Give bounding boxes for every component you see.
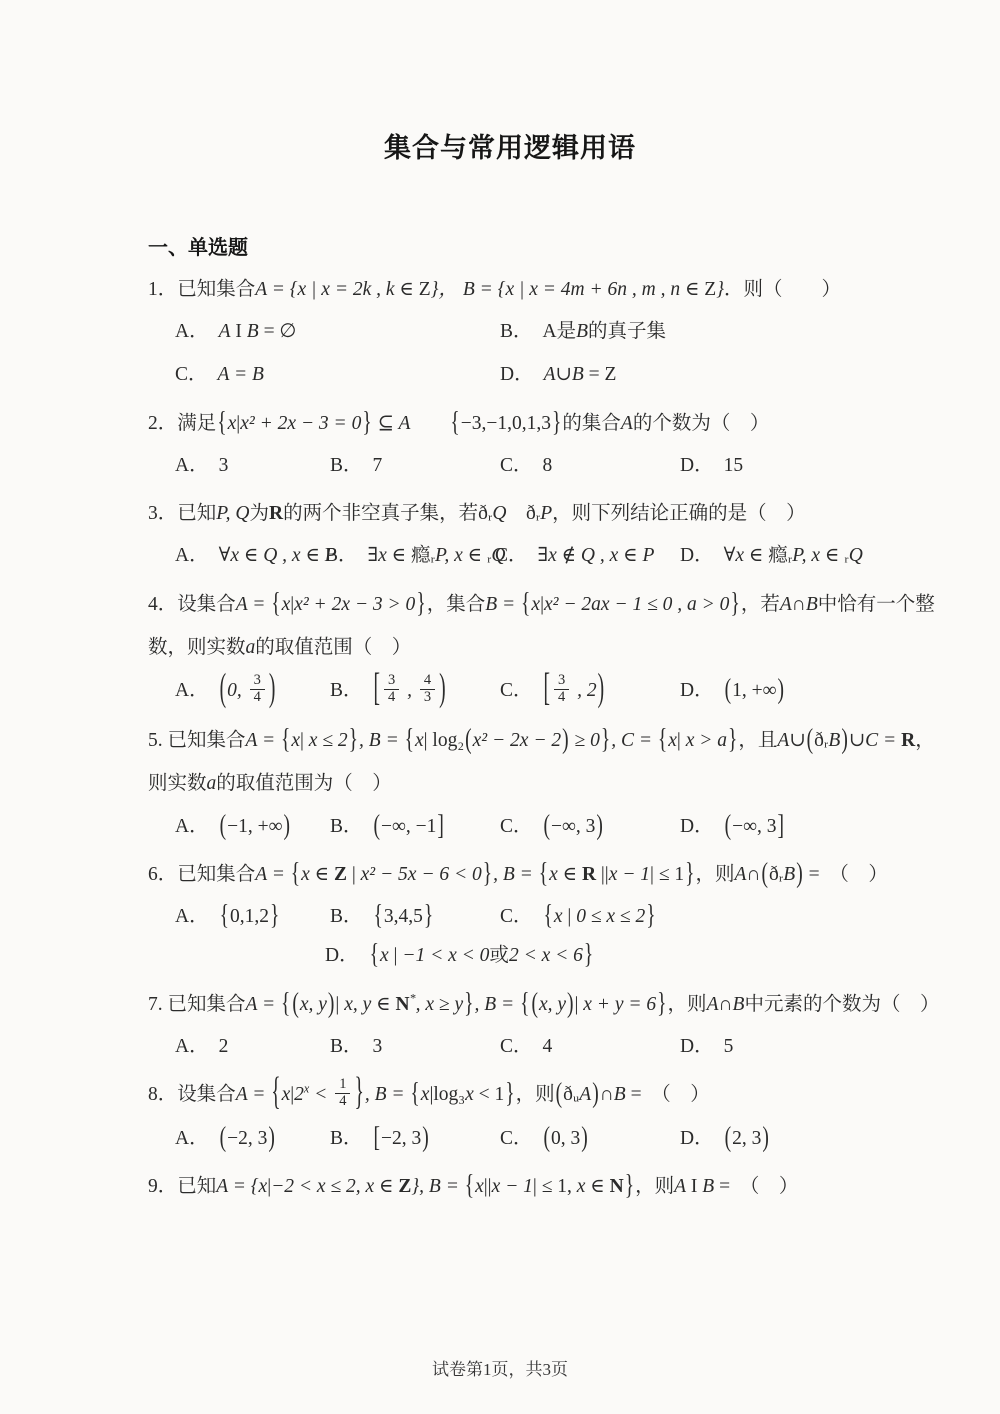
q2-option-b-label: B． — [330, 455, 363, 476]
q2-option-d-body: 15 — [724, 455, 744, 476]
q3-option-a-label: A． — [175, 545, 209, 566]
q2-stem: 2．满足{x|x² + 2x − 3 = 0} ⊆ A {−3,−1,0,1,3… — [148, 408, 872, 439]
q1-option-b-body: A是B的真子集 — [543, 321, 667, 342]
q4-option-b-body: [34 , 43) — [373, 680, 447, 701]
q7-option-a-label: A． — [175, 1036, 209, 1057]
q6-option-b-label: B． — [330, 906, 363, 927]
q5-option-c: C．(−∞, 3) — [500, 812, 680, 841]
q5-stem-line1: 5. 已知集合A = {x| x ≤ 2}, B = {x| log₂(x² −… — [148, 725, 872, 756]
q1-option-c: C．A = B — [175, 360, 500, 389]
question-2: 2．满足{x|x² + 2x − 3 = 0} ⊆ A {−3,−1,0,1,3… — [148, 408, 872, 480]
q5-option-a-body: (−1, +∞) — [219, 816, 291, 837]
q8-option-d-label: D． — [680, 1128, 714, 1149]
q3-option-d-label: D． — [680, 545, 714, 566]
q8-option-c-label: C． — [500, 1128, 533, 1149]
q1-option-b-label: B． — [500, 321, 533, 342]
q5-options: A．(−1, +∞) B．(−∞, −1] C．(−∞, 3) D．(−∞, 3… — [148, 812, 872, 841]
q8-option-c-body: (0, 3) — [543, 1128, 589, 1149]
question-1: 1．已知集合A = {x | x = 2k , k ∈ Z}， B = {x |… — [148, 274, 872, 390]
section-heading: 一、单选题 — [148, 231, 872, 260]
q1-option-d-label: D． — [500, 364, 534, 385]
q4-option-a-body: (0, 34) — [219, 680, 277, 701]
q7-stem: 7. 已知集合A = {(x, y)| x, y ∈ N*, x ≥ y}, B… — [148, 989, 872, 1020]
question-5: 5. 已知集合A = {x| x ≤ 2}, B = {x| log₂(x² −… — [148, 725, 872, 841]
q8-stem: 8．设集合A = {x|2x < 14}, B = {x|log₃x < 1}，… — [148, 1079, 872, 1112]
q4-option-c-body: [34 , 2) — [543, 680, 606, 701]
q6-option-a-body: {0,1,2} — [219, 906, 281, 927]
q1-stem: 1．已知集合A = {x | x = 2k , k ∈ Z}， B = {x |… — [148, 274, 872, 305]
q3-option-b: B．∃x ∈ 瘾ᵣP, x ∈ ᵣQ — [325, 541, 495, 570]
q6-stem: 6．已知集合A = {x ∈ Z | x² − 5x − 6 < 0}, B =… — [148, 859, 872, 890]
q3-option-c-body: ∃x ∉ Q , x ∈ P — [538, 545, 655, 566]
q5-option-d: D．(−∞, 3] — [680, 812, 872, 841]
q5-option-c-body: (−∞, 3) — [543, 816, 604, 837]
q4-stem-line1: 4．设集合A = {x|x² + 2x − 3 > 0}，集合B = {x|x²… — [148, 589, 872, 620]
q6-option-d-body: {x | −1 < x < 0或2 < x < 6} — [369, 945, 595, 966]
q4-option-d-body: (1, +∞) — [724, 680, 785, 701]
q5-stem-line2: 则实数a的取值范围为（ ） — [148, 768, 872, 799]
q4-stem-line2: 数，则实数a的取值范围（ ） — [148, 632, 872, 663]
q4-option-c-label: C． — [500, 680, 533, 701]
q5-option-b: B．(−∞, −1] — [330, 812, 500, 841]
q3-option-d: D．∀x ∈ 瘾ᵣP, x ∈ ᵣQ — [680, 541, 872, 570]
q3-stem: 3．已知P, Q为R的两个非空真子集，若ðᵣQ ðᵣP，则下列结论正确的是（ ） — [148, 498, 872, 529]
question-7: 7. 已知集合A = {(x, y)| x, y ∈ N*, x ≥ y}, B… — [148, 989, 872, 1061]
q7-options: A．2 B．3 C．4 D．5 — [148, 1032, 872, 1061]
q4-option-b-label: B． — [330, 680, 363, 701]
q4-option-b: B．[34 , 43) — [330, 675, 500, 707]
q8-options: A．(−2, 3) B．[−2, 3) C．(0, 3) D．(2, 3) — [148, 1124, 872, 1153]
q6-option-d: D．{x | −1 < x < 0或2 < x < 6} — [325, 941, 872, 970]
q7-option-c: C．4 — [500, 1032, 680, 1061]
q2-option-a-body: 3 — [219, 455, 229, 476]
q7-option-a-body: 2 — [219, 1036, 229, 1057]
q2-option-a: A．3 — [175, 451, 330, 480]
q1-option-d-body: A∪B = Z — [544, 364, 617, 385]
q8-option-b: B．[−2, 3) — [330, 1124, 500, 1153]
question-9: 9．已知A = {x|−2 < x ≤ 2, x ∈ Z}, B = {x||x… — [148, 1171, 872, 1202]
page-footer: 试卷第1页，共3页 — [0, 1355, 1000, 1380]
exam-page: 集合与常用逻辑用语 一、单选题 1．已知集合A = {x | x = 2k , … — [0, 0, 1000, 1202]
q1-options: A．A I B = ∅ B．A是B的真子集 C．A = B D．A∪B = Z — [148, 317, 872, 390]
question-8: 8．设集合A = {x|2x < 14}, B = {x|log₃x < 1}，… — [148, 1079, 872, 1153]
q7-option-c-body: 4 — [543, 1036, 553, 1057]
q8-option-b-body: [−2, 3) — [373, 1128, 430, 1149]
q7-option-c-label: C． — [500, 1036, 533, 1057]
q6-option-d-label: D． — [325, 945, 359, 966]
q2-option-a-label: A． — [175, 455, 209, 476]
q7-option-a: A．2 — [175, 1032, 330, 1061]
q8-option-a-body: (−2, 3) — [219, 1128, 276, 1149]
q5-option-a-label: A． — [175, 816, 209, 837]
q5-option-d-body: (−∞, 3] — [724, 816, 785, 837]
q2-option-d-label: D． — [680, 455, 714, 476]
q8-option-a-label: A． — [175, 1128, 209, 1149]
q2-option-b: B．7 — [330, 451, 500, 480]
q1-option-a: A．A I B = ∅ — [175, 317, 500, 346]
q4-option-a-label: A． — [175, 680, 209, 701]
question-3: 3．已知P, Q为R的两个非空真子集，若ðᵣQ ðᵣP，则下列结论正确的是（ ）… — [148, 498, 872, 570]
q5-option-b-label: B． — [330, 816, 363, 837]
q2-option-d: D．15 — [680, 451, 872, 480]
q1-option-a-label: A． — [175, 321, 209, 342]
q7-option-d: D．5 — [680, 1032, 872, 1061]
q3-option-c-label: C． — [495, 545, 528, 566]
q4-option-c: C．[34 , 2) — [500, 675, 680, 707]
q1-option-a-body: A I B = ∅ — [219, 321, 297, 342]
q4-option-d: D．(1, +∞) — [680, 676, 872, 705]
q7-option-b-label: B． — [330, 1036, 363, 1057]
q2-option-c-body: 8 — [543, 455, 553, 476]
q2-options: A．3 B．7 C．8 D．15 — [148, 451, 872, 480]
q1-option-c-label: C． — [175, 364, 208, 385]
q6-option-a-label: A． — [175, 906, 209, 927]
q9-stem: 9．已知A = {x|−2 < x ≤ 2, x ∈ Z}, B = {x||x… — [148, 1171, 872, 1202]
q5-option-a: A．(−1, +∞) — [175, 812, 330, 841]
q2-option-c-label: C． — [500, 455, 533, 476]
q2-option-c: C．8 — [500, 451, 680, 480]
q7-option-d-label: D． — [680, 1036, 714, 1057]
q3-option-a-body: ∀x ∈ Q , x ∈ P — [219, 545, 337, 566]
q4-options: A．(0, 34) B．[34 , 43) C．[34 , 2) D．(1, +… — [148, 675, 872, 707]
q8-option-d-body: (2, 3) — [724, 1128, 770, 1149]
q3-option-c: C．∃x ∉ Q , x ∈ P — [495, 541, 680, 570]
q5-option-c-label: C． — [500, 816, 533, 837]
q6-option-c-body: {x | 0 ≤ x ≤ 2} — [543, 906, 657, 927]
q1-option-b: B．A是B的真子集 — [500, 317, 872, 346]
q4-option-d-label: D． — [680, 680, 714, 701]
question-4: 4．设集合A = {x|x² + 2x − 3 > 0}，集合B = {x|x²… — [148, 589, 872, 708]
q7-option-b-body: 3 — [373, 1036, 383, 1057]
q6-option-b: B．{3,4,5} — [330, 902, 500, 931]
q7-option-d-body: 5 — [724, 1036, 734, 1057]
q6-option-c-label: C． — [500, 906, 533, 927]
q5-option-d-label: D． — [680, 816, 714, 837]
q8-option-b-label: B． — [330, 1128, 363, 1149]
q6-option-a: A．{0,1,2} — [175, 902, 330, 931]
q1-option-c-body: A = B — [218, 364, 264, 385]
q3-option-b-label: B． — [325, 545, 358, 566]
q3-option-a: A．∀x ∈ Q , x ∈ P — [175, 541, 325, 570]
q8-option-d: D．(2, 3) — [680, 1124, 872, 1153]
q6-option-b-body: {3,4,5} — [373, 906, 435, 927]
q8-option-a: A．(−2, 3) — [175, 1124, 330, 1153]
question-6: 6．已知集合A = {x ∈ Z | x² − 5x − 6 < 0}, B =… — [148, 859, 872, 971]
q3-option-d-body: ∀x ∈ 瘾ᵣP, x ∈ ᵣQ — [724, 545, 863, 566]
q5-option-b-body: (−∞, −1] — [373, 816, 445, 837]
q1-option-d: D．A∪B = Z — [500, 360, 872, 389]
q3-options: A．∀x ∈ Q , x ∈ P B．∃x ∈ 瘾ᵣP, x ∈ ᵣQ C．∃x… — [148, 541, 872, 570]
q7-option-b: B．3 — [330, 1032, 500, 1061]
q3-option-b-body: ∃x ∈ 瘾ᵣP, x ∈ ᵣQ — [368, 545, 506, 566]
q6-options-row1: A．{0,1,2} B．{3,4,5} C．{x | 0 ≤ x ≤ 2} — [148, 902, 872, 931]
q6-option-c: C．{x | 0 ≤ x ≤ 2} — [500, 902, 872, 931]
exam-title: 集合与常用逻辑用语 — [148, 126, 872, 165]
q2-option-b-body: 7 — [373, 455, 383, 476]
q8-option-c: C．(0, 3) — [500, 1124, 680, 1153]
q6-options-row2: D．{x | −1 < x < 0或2 < x < 6} — [148, 941, 872, 970]
q4-option-a: A．(0, 34) — [175, 675, 330, 707]
